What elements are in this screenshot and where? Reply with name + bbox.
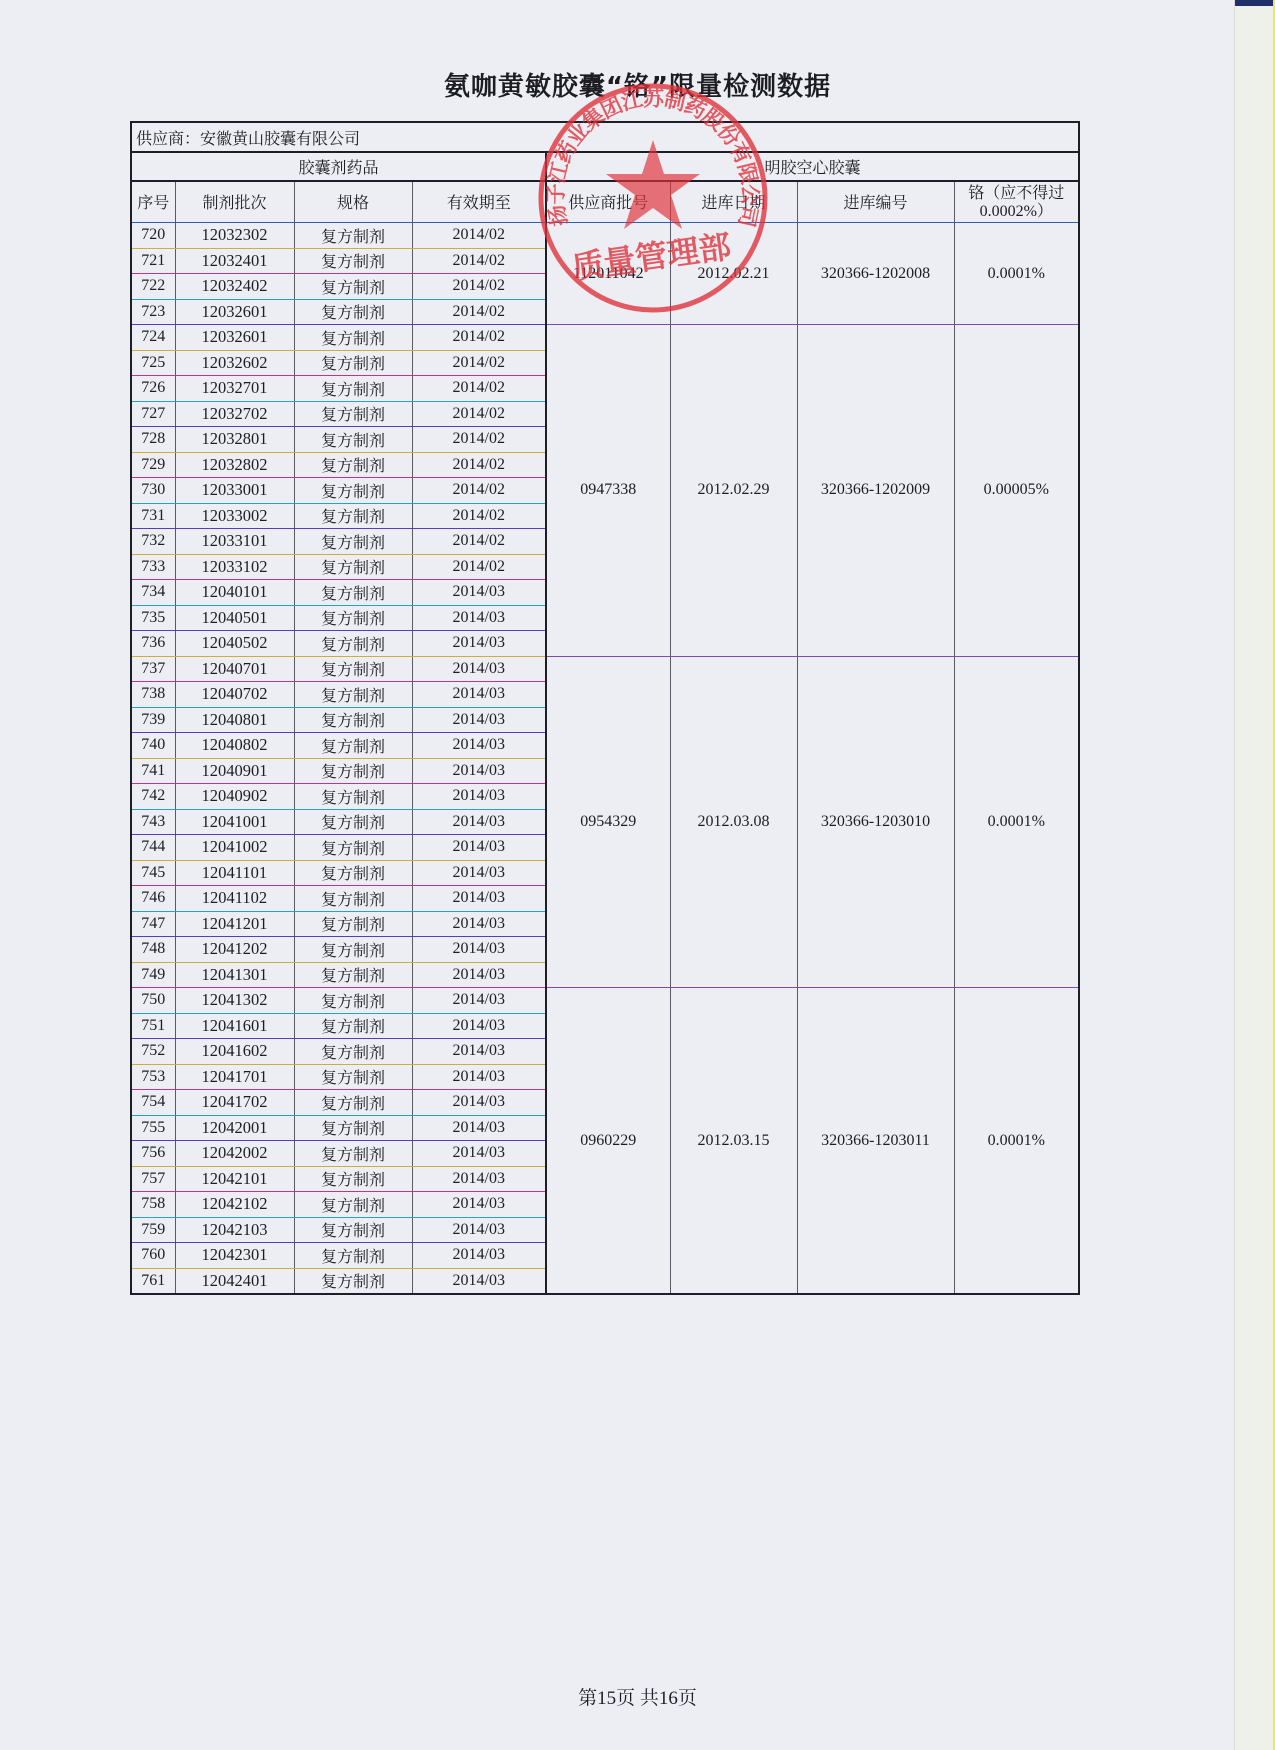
batch-cell: 12041701 (175, 1064, 294, 1090)
batch-cell: 12040802 (175, 733, 294, 759)
seq-cell: 721 (131, 248, 175, 274)
seq-cell: 740 (131, 733, 175, 759)
spec-cell: 复方制剂 (294, 325, 412, 351)
batch-cell: 12032601 (175, 325, 294, 351)
seq-cell: 753 (131, 1064, 175, 1090)
spec-cell: 复方制剂 (294, 733, 412, 759)
expiry-cell: 2014/02 (412, 503, 546, 529)
seq-cell: 742 (131, 784, 175, 810)
expiry-cell: 2014/03 (412, 1013, 546, 1039)
batch-cell: 12032601 (175, 299, 294, 325)
seq-cell: 756 (131, 1141, 175, 1167)
supplier-batch-cell: 0954329 (546, 656, 670, 988)
col-header-expiry: 有效期至 (412, 181, 546, 223)
seq-cell: 738 (131, 682, 175, 708)
batch-cell: 12032701 (175, 376, 294, 402)
receipt-no-cell: 320366-1202009 (797, 325, 954, 657)
batch-cell: 12041101 (175, 860, 294, 886)
spec-cell: 复方制剂 (294, 1039, 412, 1065)
batch-cell: 12042103 (175, 1217, 294, 1243)
batch-cell: 12041002 (175, 835, 294, 861)
expiry-cell: 2014/03 (412, 1192, 546, 1218)
spec-cell: 复方制剂 (294, 299, 412, 325)
batch-cell: 12032302 (175, 223, 294, 249)
expiry-cell: 2014/03 (412, 605, 546, 631)
spec-cell: 复方制剂 (294, 758, 412, 784)
seq-cell: 726 (131, 376, 175, 402)
supplier-name: 安徽黄山胶囊有限公司 (200, 129, 360, 148)
spec-cell: 复方制剂 (294, 1268, 412, 1294)
expiry-cell: 2014/02 (412, 248, 546, 274)
seq-cell: 739 (131, 707, 175, 733)
spec-cell: 复方制剂 (294, 937, 412, 963)
receipt-no-cell: 320366-1203011 (797, 988, 954, 1295)
batch-cell: 12033102 (175, 554, 294, 580)
spec-cell: 复方制剂 (294, 478, 412, 504)
expiry-cell: 2014/02 (412, 325, 546, 351)
spec-cell: 复方制剂 (294, 911, 412, 937)
expiry-cell: 2014/03 (412, 1141, 546, 1167)
batch-cell: 12040101 (175, 580, 294, 606)
batch-cell: 12042102 (175, 1192, 294, 1218)
spec-cell: 复方制剂 (294, 860, 412, 886)
seq-cell: 737 (131, 656, 175, 682)
seq-cell: 752 (131, 1039, 175, 1065)
spec-cell: 复方制剂 (294, 1013, 412, 1039)
seq-cell: 759 (131, 1217, 175, 1243)
receipt-no-cell: 320366-1202008 (797, 223, 954, 325)
spec-cell: 复方制剂 (294, 1115, 412, 1141)
batch-cell: 12040701 (175, 656, 294, 682)
column-header-row: 序号 制剂批次 规格 有效期至 供应商批号 进库日期 进库编号 铬（应不得过0.… (131, 181, 1079, 223)
expiry-cell: 2014/03 (412, 733, 546, 759)
expiry-cell: 2014/03 (412, 758, 546, 784)
batch-cell: 12042301 (175, 1243, 294, 1269)
chromium-test-table: 供应商：安徽黄山胶囊有限公司 胶囊剂药品 明胶空心胶囊 序号 制剂批次 规格 有… (130, 121, 1080, 1295)
col-header-spec: 规格 (294, 181, 412, 223)
batch-cell: 12033002 (175, 503, 294, 529)
seq-cell: 720 (131, 223, 175, 249)
seq-cell: 747 (131, 911, 175, 937)
seq-cell: 750 (131, 988, 175, 1014)
expiry-cell: 2014/02 (412, 299, 546, 325)
batch-cell: 12032602 (175, 350, 294, 376)
seq-cell: 749 (131, 962, 175, 988)
spec-cell: 复方制剂 (294, 835, 412, 861)
expiry-cell: 2014/02 (412, 274, 546, 300)
seq-cell: 725 (131, 350, 175, 376)
seq-cell: 734 (131, 580, 175, 606)
batch-cell: 12041601 (175, 1013, 294, 1039)
expiry-cell: 2014/03 (412, 1039, 546, 1065)
col-header-supplier-batch: 供应商批号 (546, 181, 670, 223)
batch-cell: 12033101 (175, 529, 294, 555)
expiry-cell: 2014/02 (412, 427, 546, 453)
seq-cell: 729 (131, 452, 175, 478)
expiry-cell: 2014/03 (412, 886, 546, 912)
spec-cell: 复方制剂 (294, 962, 412, 988)
expiry-cell: 2014/03 (412, 1064, 546, 1090)
supplier-row: 供应商：安徽黄山胶囊有限公司 (131, 122, 1079, 152)
spec-cell: 复方制剂 (294, 1217, 412, 1243)
expiry-cell: 2014/03 (412, 1166, 546, 1192)
supplier-label: 供应商： (136, 129, 200, 148)
batch-cell: 12041301 (175, 962, 294, 988)
batch-cell: 12040901 (175, 758, 294, 784)
expiry-cell: 2014/03 (412, 809, 546, 835)
spec-cell: 复方制剂 (294, 1064, 412, 1090)
expiry-cell: 2014/03 (412, 1243, 546, 1269)
seq-cell: 761 (131, 1268, 175, 1294)
seq-cell: 736 (131, 631, 175, 657)
spec-cell: 复方制剂 (294, 503, 412, 529)
seq-cell: 758 (131, 1192, 175, 1218)
spec-cell: 复方制剂 (294, 605, 412, 631)
batch-cell: 12042002 (175, 1141, 294, 1167)
receipt-date-cell: 2012.03.08 (670, 656, 797, 988)
seq-cell: 730 (131, 478, 175, 504)
expiry-cell: 2014/03 (412, 656, 546, 682)
col-header-chromium-line1: 铬（应不得过 (955, 183, 1079, 202)
seq-cell: 744 (131, 835, 175, 861)
batch-cell: 12042101 (175, 1166, 294, 1192)
expiry-cell: 2014/02 (412, 223, 546, 249)
expiry-cell: 2014/03 (412, 962, 546, 988)
batch-cell: 12032702 (175, 401, 294, 427)
seq-cell: 754 (131, 1090, 175, 1116)
supplier-batch-cell: 112011042 (546, 223, 670, 325)
batch-cell: 12041202 (175, 937, 294, 963)
group-header-drug: 胶囊剂药品 (131, 152, 546, 181)
spec-cell: 复方制剂 (294, 350, 412, 376)
col-header-batch: 制剂批次 (175, 181, 294, 223)
seq-cell: 727 (131, 401, 175, 427)
spec-cell: 复方制剂 (294, 580, 412, 606)
expiry-cell: 2014/03 (412, 937, 546, 963)
batch-cell: 12032402 (175, 274, 294, 300)
seq-cell: 760 (131, 1243, 175, 1269)
chromium-result-cell: 0.0001% (954, 988, 1079, 1295)
receipt-date-cell: 2012.02.21 (670, 223, 797, 325)
spec-cell: 复方制剂 (294, 1166, 412, 1192)
batch-cell: 12032801 (175, 427, 294, 453)
seq-cell: 755 (131, 1115, 175, 1141)
col-header-seq: 序号 (131, 181, 175, 223)
expiry-cell: 2014/03 (412, 835, 546, 861)
supplier-batch-cell: 0947338 (546, 325, 670, 657)
expiry-cell: 2014/03 (412, 707, 546, 733)
batch-cell: 12040501 (175, 605, 294, 631)
batch-cell: 12041001 (175, 809, 294, 835)
table-row: 73712040701复方制剂2014/0309543292012.03.083… (131, 656, 1079, 682)
chromium-result-cell: 0.0001% (954, 656, 1079, 988)
receipt-date-cell: 2012.02.29 (670, 325, 797, 657)
seq-cell: 751 (131, 1013, 175, 1039)
spec-cell: 复方制剂 (294, 682, 412, 708)
document-title: 氨咖黄敏胶囊“铬”限量检测数据 (0, 66, 1275, 103)
expiry-cell: 2014/02 (412, 401, 546, 427)
spec-cell: 复方制剂 (294, 886, 412, 912)
expiry-cell: 2014/03 (412, 1115, 546, 1141)
col-header-chromium: 铬（应不得过0.0002%） (954, 181, 1079, 223)
expiry-cell: 2014/03 (412, 1217, 546, 1243)
seq-cell: 724 (131, 325, 175, 351)
group-header-row: 胶囊剂药品 明胶空心胶囊 (131, 152, 1079, 181)
spec-cell: 复方制剂 (294, 274, 412, 300)
batch-cell: 12040702 (175, 682, 294, 708)
spec-cell: 复方制剂 (294, 248, 412, 274)
expiry-cell: 2014/02 (412, 350, 546, 376)
seq-cell: 733 (131, 554, 175, 580)
seq-cell: 728 (131, 427, 175, 453)
expiry-cell: 2014/02 (412, 478, 546, 504)
receipt-date-cell: 2012.03.15 (670, 988, 797, 1295)
batch-cell: 12041102 (175, 886, 294, 912)
expiry-cell: 2014/02 (412, 554, 546, 580)
seq-cell: 741 (131, 758, 175, 784)
scan-edge (1234, 0, 1275, 1750)
spec-cell: 复方制剂 (294, 529, 412, 555)
seq-cell: 722 (131, 274, 175, 300)
expiry-cell: 2014/02 (412, 452, 546, 478)
col-header-receipt-date: 进库日期 (670, 181, 797, 223)
spec-cell: 复方制剂 (294, 427, 412, 453)
spec-cell: 复方制剂 (294, 707, 412, 733)
batch-cell: 12032802 (175, 452, 294, 478)
spec-cell: 复方制剂 (294, 1192, 412, 1218)
expiry-cell: 2014/03 (412, 860, 546, 886)
batch-cell: 12041302 (175, 988, 294, 1014)
chromium-result-cell: 0.0001% (954, 223, 1079, 325)
batch-cell: 12041201 (175, 911, 294, 937)
batch-cell: 12040801 (175, 707, 294, 733)
table-row: 72012032302复方制剂2014/021120110422012.02.2… (131, 223, 1079, 249)
expiry-cell: 2014/03 (412, 1090, 546, 1116)
receipt-no-cell: 320366-1203010 (797, 656, 954, 988)
group-header-capsule: 明胶空心胶囊 (546, 152, 1079, 181)
batch-cell: 12041602 (175, 1039, 294, 1065)
spec-cell: 复方制剂 (294, 401, 412, 427)
batch-cell: 12033001 (175, 478, 294, 504)
table-row: 75012041302复方制剂2014/0309602292012.03.153… (131, 988, 1079, 1014)
expiry-cell: 2014/03 (412, 682, 546, 708)
spec-cell: 复方制剂 (294, 223, 412, 249)
spec-cell: 复方制剂 (294, 1090, 412, 1116)
expiry-cell: 2014/02 (412, 376, 546, 402)
batch-cell: 12032401 (175, 248, 294, 274)
spec-cell: 复方制剂 (294, 784, 412, 810)
seq-cell: 723 (131, 299, 175, 325)
spec-cell: 复方制剂 (294, 809, 412, 835)
seq-cell: 745 (131, 860, 175, 886)
spec-cell: 复方制剂 (294, 452, 412, 478)
seq-cell: 748 (131, 937, 175, 963)
batch-cell: 12040502 (175, 631, 294, 657)
seq-cell: 757 (131, 1166, 175, 1192)
expiry-cell: 2014/02 (412, 529, 546, 555)
table-row: 72412032601复方制剂2014/0209473382012.02.293… (131, 325, 1079, 351)
expiry-cell: 2014/03 (412, 580, 546, 606)
supplier-batch-cell: 0960229 (546, 988, 670, 1295)
page-footer: 第15页 共16页 (0, 1683, 1275, 1710)
batch-cell: 12041702 (175, 1090, 294, 1116)
spec-cell: 复方制剂 (294, 656, 412, 682)
chromium-result-cell: 0.00005% (954, 325, 1079, 657)
seq-cell: 731 (131, 503, 175, 529)
spec-cell: 复方制剂 (294, 988, 412, 1014)
supplier-cell: 供应商：安徽黄山胶囊有限公司 (131, 122, 1079, 152)
expiry-cell: 2014/03 (412, 784, 546, 810)
seq-cell: 743 (131, 809, 175, 835)
spec-cell: 复方制剂 (294, 631, 412, 657)
expiry-cell: 2014/03 (412, 631, 546, 657)
batch-cell: 12042401 (175, 1268, 294, 1294)
expiry-cell: 2014/03 (412, 1268, 546, 1294)
spec-cell: 复方制剂 (294, 1141, 412, 1167)
seq-cell: 746 (131, 886, 175, 912)
seq-cell: 732 (131, 529, 175, 555)
batch-cell: 12040902 (175, 784, 294, 810)
col-header-receipt-no: 进库编号 (797, 181, 954, 223)
spec-cell: 复方制剂 (294, 376, 412, 402)
expiry-cell: 2014/03 (412, 988, 546, 1014)
spec-cell: 复方制剂 (294, 1243, 412, 1269)
expiry-cell: 2014/03 (412, 911, 546, 937)
col-header-chromium-line2: 0.0002%） (955, 202, 1079, 221)
batch-cell: 12042001 (175, 1115, 294, 1141)
seq-cell: 735 (131, 605, 175, 631)
spec-cell: 复方制剂 (294, 554, 412, 580)
